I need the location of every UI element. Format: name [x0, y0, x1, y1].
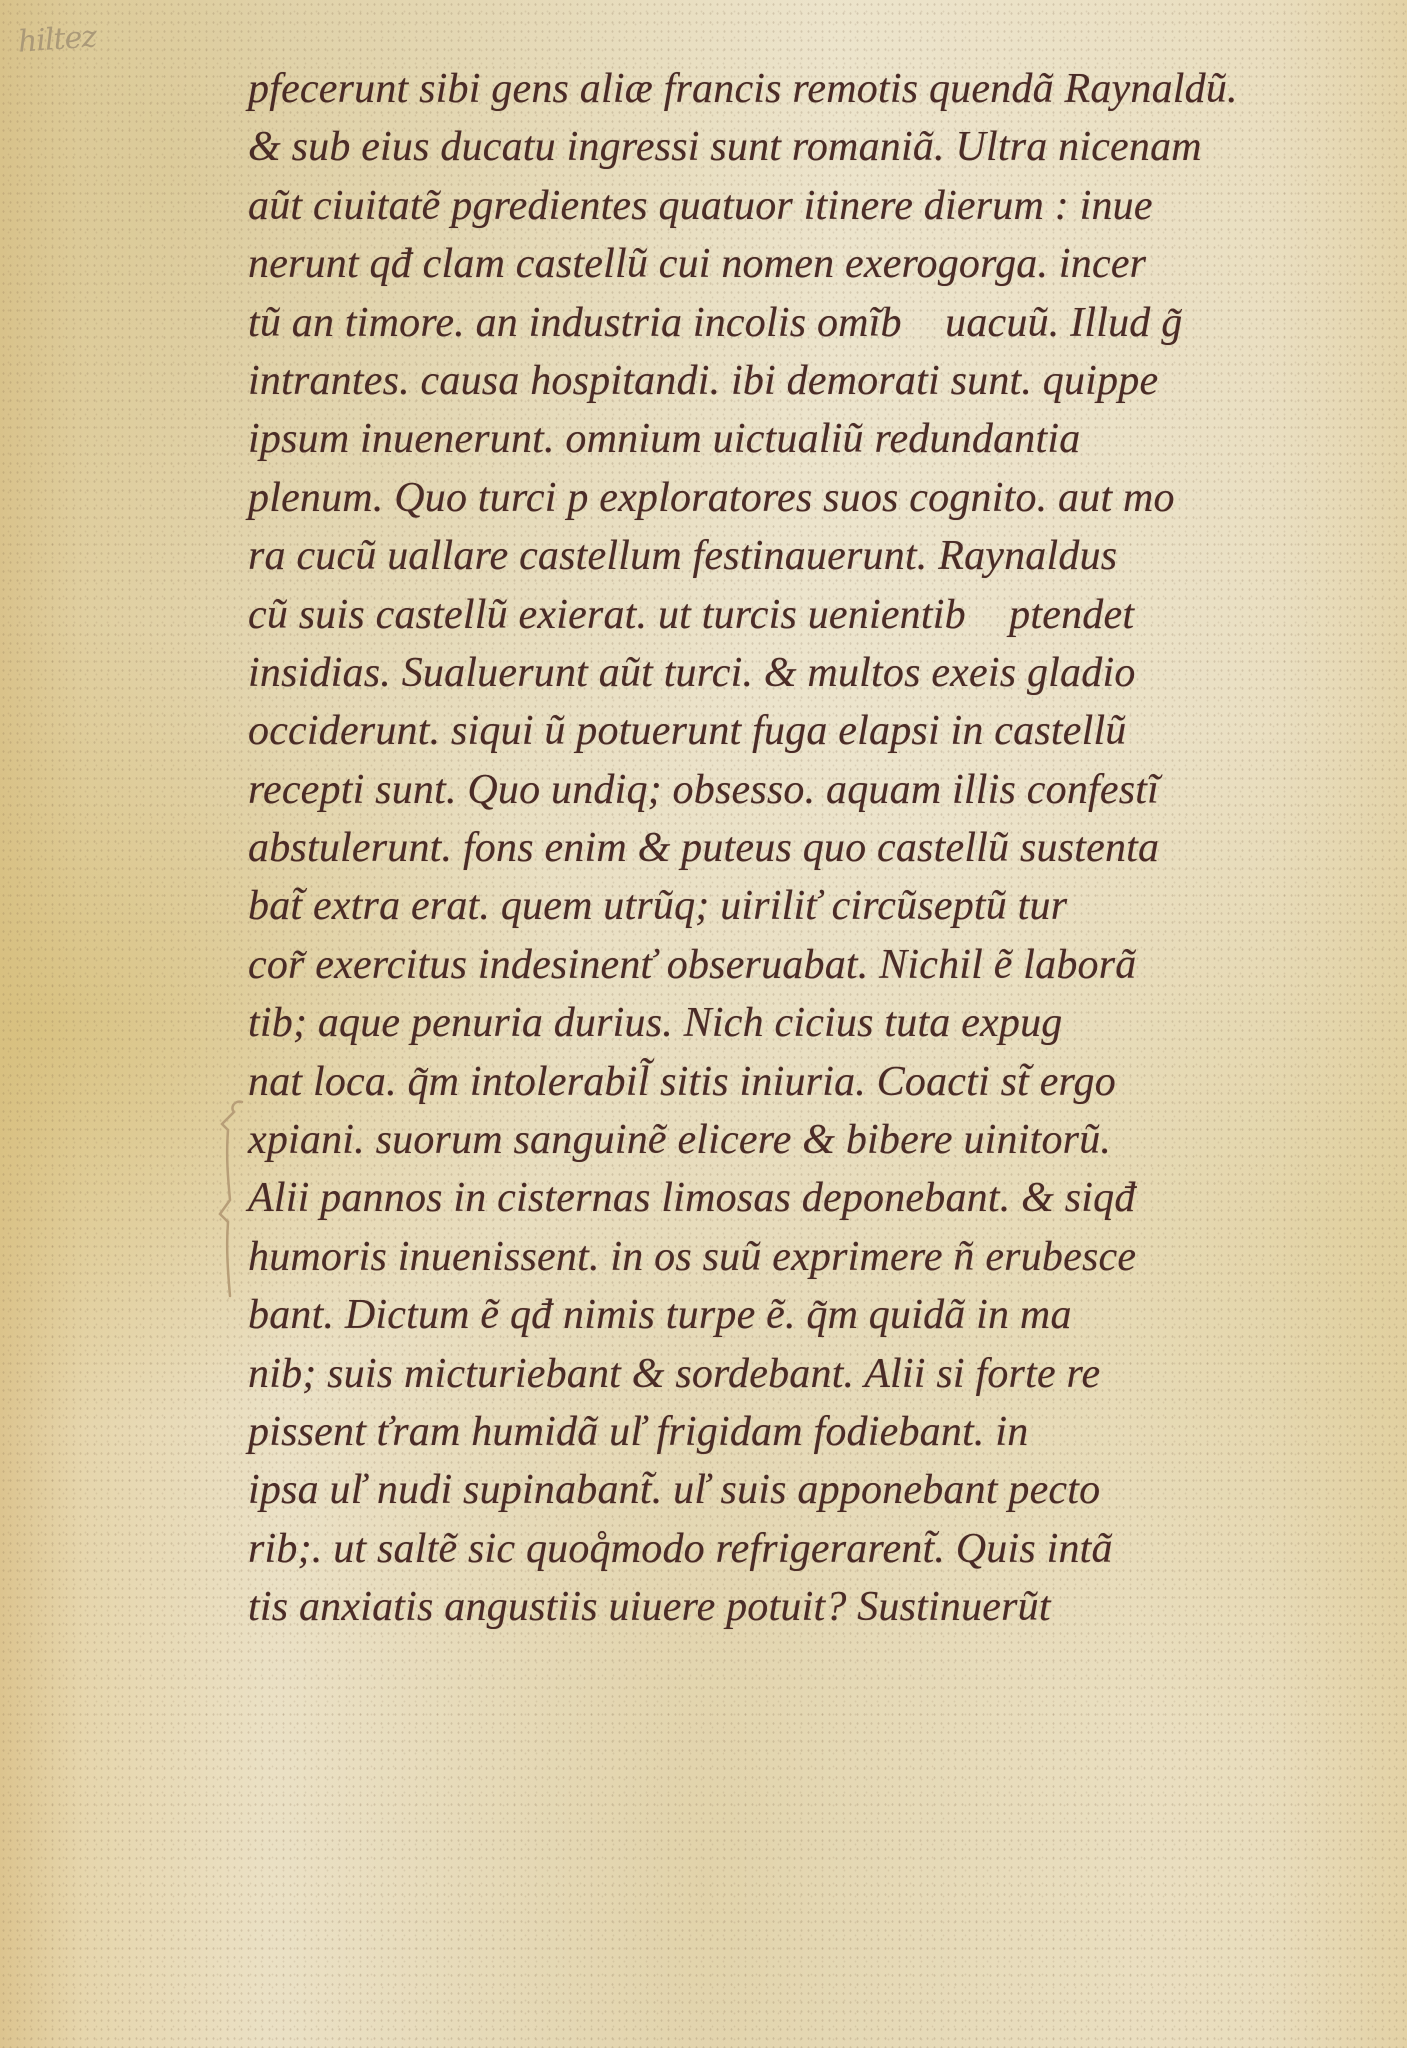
margin-bracket-icon — [212, 1098, 252, 1298]
text-line-20: Alii pannos in cisternas limosas deponeb… — [248, 1169, 1308, 1227]
text-line-23: nib; suis micturiebant & sordebant. Alii… — [248, 1345, 1308, 1403]
text-line-25: ipsa uľ nudi supinabant̃. uľ suis appone… — [248, 1461, 1308, 1519]
text-line-8: plenum. Quo turci p exploratores suos co… — [248, 469, 1308, 527]
text-line-9: ra cucũ uallare castellum festinauerunt.… — [248, 527, 1308, 585]
text-line-2: & sub eius ducatu ingressi sunt romaniã.… — [248, 118, 1308, 176]
text-line-5: tũ an timore. an industria incolis omĩb᷒… — [248, 294, 1308, 352]
text-line-11: insidias. Sualuerunt aũt turci. & multos… — [248, 644, 1308, 702]
text-lines: pfecerunt sibi gens aliæ francis remotis… — [248, 60, 1308, 1637]
text-line-3: aũt ciuitatẽ pgredientes quatuor itinere… — [248, 177, 1308, 235]
text-line-12: occiderunt. siqui ũ potuerunt fuga elaps… — [248, 702, 1308, 760]
text-line-7: ipsum inuenerunt. omnium uictualiũ redun… — [248, 410, 1308, 468]
main-text-column: pfecerunt sibi gens aliæ francis remotis… — [248, 60, 1308, 1637]
text-line-21: humoris inuenissent. in os suũ exprimere… — [248, 1228, 1308, 1286]
text-line-18: nat loca. q̃m intolerabil̃ sitis iniuria… — [248, 1053, 1308, 1111]
text-line-1: pfecerunt sibi gens aliæ francis remotis… — [248, 60, 1308, 118]
text-line-19: xpiani. suorum sanguinẽ elicere & bibere… — [248, 1111, 1308, 1169]
text-line-15: bat̃ extra erat. quem utrũq; uiriliť cir… — [248, 877, 1308, 935]
margin-note-top-left: hiltez — [17, 19, 97, 59]
text-line-22: bant. Dictum ẽ qđ nimis turpe ẽ. q̃m qui… — [248, 1286, 1308, 1344]
text-line-17: tib; aque penuria durius. Nich cicius tu… — [248, 994, 1308, 1052]
text-line-14: abstulerunt. fons enim & puteus quo cast… — [248, 819, 1308, 877]
text-line-10: cũ suis castellũ exierat. ut turcis ueni… — [248, 586, 1308, 644]
text-line-13: recepti sunt. Quo undiq; obsesso. aquam … — [248, 761, 1308, 819]
text-line-4: nerunt qđ clam castellũ cui nomen exerog… — [248, 235, 1308, 293]
text-line-26: rib;. ut saltẽ sic quoq̊modo refrigerare… — [248, 1520, 1308, 1578]
text-line-16: cor̃ exercitus indesinenť obseruabat. Ni… — [248, 936, 1308, 994]
text-line-27: tis anxiatis angustiis uiuere potuit? Su… — [248, 1578, 1308, 1636]
text-line-6: intrantes. causa hospitandi. ibi demorat… — [248, 352, 1308, 410]
manuscript-page: hiltez pfecerunt sibi gens aliæ francis … — [0, 0, 1407, 2048]
text-line-24: pissent ťram humidã uľ frigidam fodieban… — [248, 1403, 1308, 1461]
